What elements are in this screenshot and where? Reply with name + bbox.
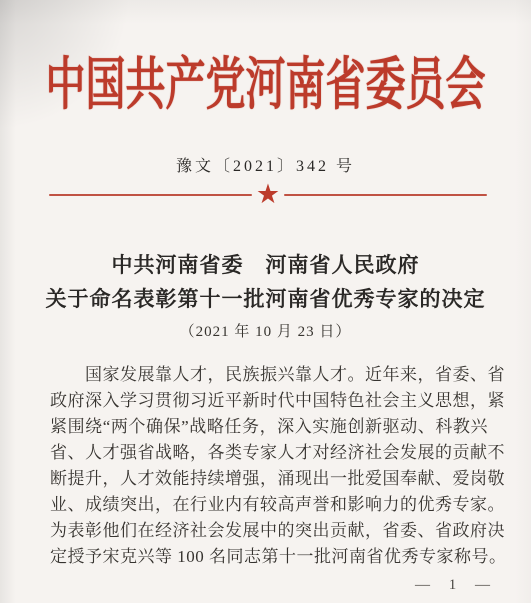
body-line: 国家发展靠人才，民族振兴靠人才。近年来，省委、省 [50, 362, 488, 388]
body-line: 业、成绩突出，在行业内有较高声誉和影响力的优秀专家。 [50, 492, 488, 518]
body-line: 为表彰他们在经济社会发展中的突出贡献，省委、省政府决 [50, 518, 488, 544]
body-line: 政府深入学习贯彻习近平新时代中国特色社会主义思想，紧 [50, 388, 488, 414]
body-line: 定授予宋克兴等 100 名同志第十一批河南省优秀专家称号。 [50, 544, 488, 570]
body-line: 省、人才强省战略，各类专家人才对经济社会发展的贡献不 [50, 440, 488, 466]
divider-line-left [49, 194, 252, 196]
document-title: 中共河南省委 河南省人民政府 关于命名表彰第十一批河南省优秀专家的决定 [0, 248, 531, 316]
document-date: （2021 年 10 月 23 日） [0, 322, 531, 342]
official-document-page: 中国共产党河南省委员会 豫文〔2021〕342 号 ★ 中共河南省委 河南省人民… [0, 0, 531, 603]
header-divider: ★ [49, 181, 487, 209]
issuing-org-name: 中国共产党河南省委员会 [0, 45, 531, 125]
document-title-line-1: 中共河南省委 河南省人民政府 [0, 248, 531, 282]
body-line: 断提升，人才效能持续增强，涌现出一批爱国奉献、爱岗敬 [50, 466, 488, 492]
star-icon: ★ [256, 181, 280, 208]
divider-line-right [284, 194, 487, 196]
body-line: 紧围绕“两个确保”战略任务，深入实施创新驱动、科教兴 [50, 414, 488, 440]
document-title-line-2: 关于命名表彰第十一批河南省优秀专家的决定 [0, 282, 531, 316]
page-number: — 1 — [415, 575, 495, 595]
body-paragraph: 国家发展靠人才，民族振兴靠人才。近年来，省委、省 政府深入学习贯彻习近平新时代中… [50, 362, 488, 570]
document-number: 豫文〔2021〕342 号 [0, 157, 531, 177]
